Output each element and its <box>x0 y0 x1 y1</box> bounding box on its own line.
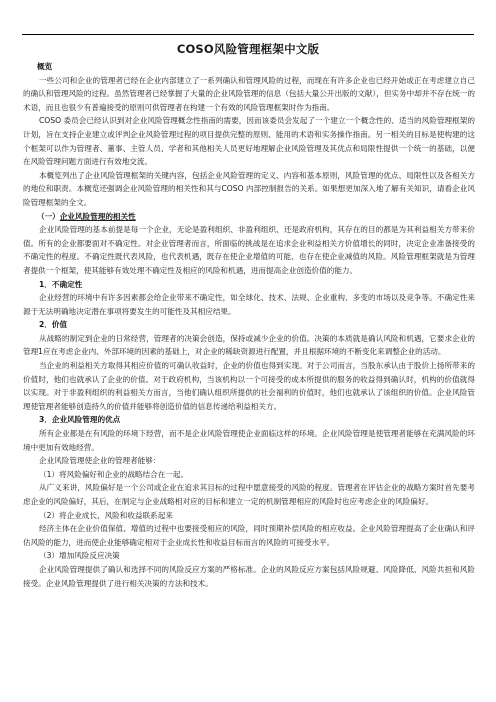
section-title: 企业风险管理的相关性 <box>60 212 136 221</box>
value-text-2: 当企业的利益相关方取得其相应价值的可确认收益时，企业的价值也得到实现。对于公司而… <box>23 359 475 413</box>
value-text-1: 从战略的制定到企业的日常经营，管理者的决策会创造，保持或减少企业的价值。决策的本… <box>23 332 475 359</box>
uncertainty-text: 企业经营的环境中有许多因素都会给企业带来不确定性，如全球化、技术、法规、企业重构… <box>23 291 475 318</box>
document-title: COSO风险管理框架中文版 <box>0 41 496 57</box>
item-2-text: 经济主体在企业价值保值、增值的过程中也要接受相应的风险，同时预期补偿风险的相应收… <box>23 522 475 549</box>
header-rule <box>22 34 474 35</box>
document-body: 概览 一些公司和企业的管理者已经在企业内部建立了一系列确认和管理风险的过程，而现… <box>23 60 475 590</box>
overview-paragraph-3: 本概览列出了企业风险管理框架的关键内容，包括企业风险管理的定义、内容和基本原则，… <box>23 169 475 210</box>
item-1-heading: （1）将风险偏好和企业的战略结合在一起。 <box>39 468 475 482</box>
item-3-text: 企业风险管理提供了确认和选择不同的风险反应方案的严格标准。企业的风险反应方案包括… <box>23 563 475 590</box>
item-1-text: 从广义来讲，风险偏好是一个公司或企业在追求其目标的过程中愿意接受的风险的程度。管… <box>23 481 475 508</box>
overview-paragraph-2: COSO 委员会已经认识到对企业风险管理概念性指南的需要，因而该委员会发起了一个… <box>23 114 475 168</box>
section-prefix: （一） <box>37 212 60 221</box>
item-2-heading: （2）将企业成长、风险和收益联系起来 <box>39 509 475 523</box>
benefits-text-2: 企业风险管理使企业的管理者能够： <box>23 454 475 468</box>
benefits-text-1: 所有企业都是在有风险的环境下经营，而不是企业风险管理使企业面临这样的环境。企业风… <box>23 427 475 454</box>
subheading-benefits: 3．企业风险管理的优点 <box>39 413 475 427</box>
subheading-value: 2．价值 <box>39 318 475 332</box>
overview-heading: 概览 <box>37 60 475 74</box>
overview-paragraph-1: 一些公司和企业的管理者已经在企业内部建立了一系列确认和管理风险的过程，而现在有许… <box>23 74 475 115</box>
subheading-uncertainty: 1．不确定性 <box>39 278 475 292</box>
section-heading-relevance: （一）企业风险管理的相关性 <box>37 210 475 224</box>
section-intro: 企业风险管理的基本前提是每一个企业，无论是盈利组织、非盈利组织、还是政府机构，其… <box>23 223 475 277</box>
item-3-heading: （3）增加风险反应决策 <box>39 549 475 563</box>
